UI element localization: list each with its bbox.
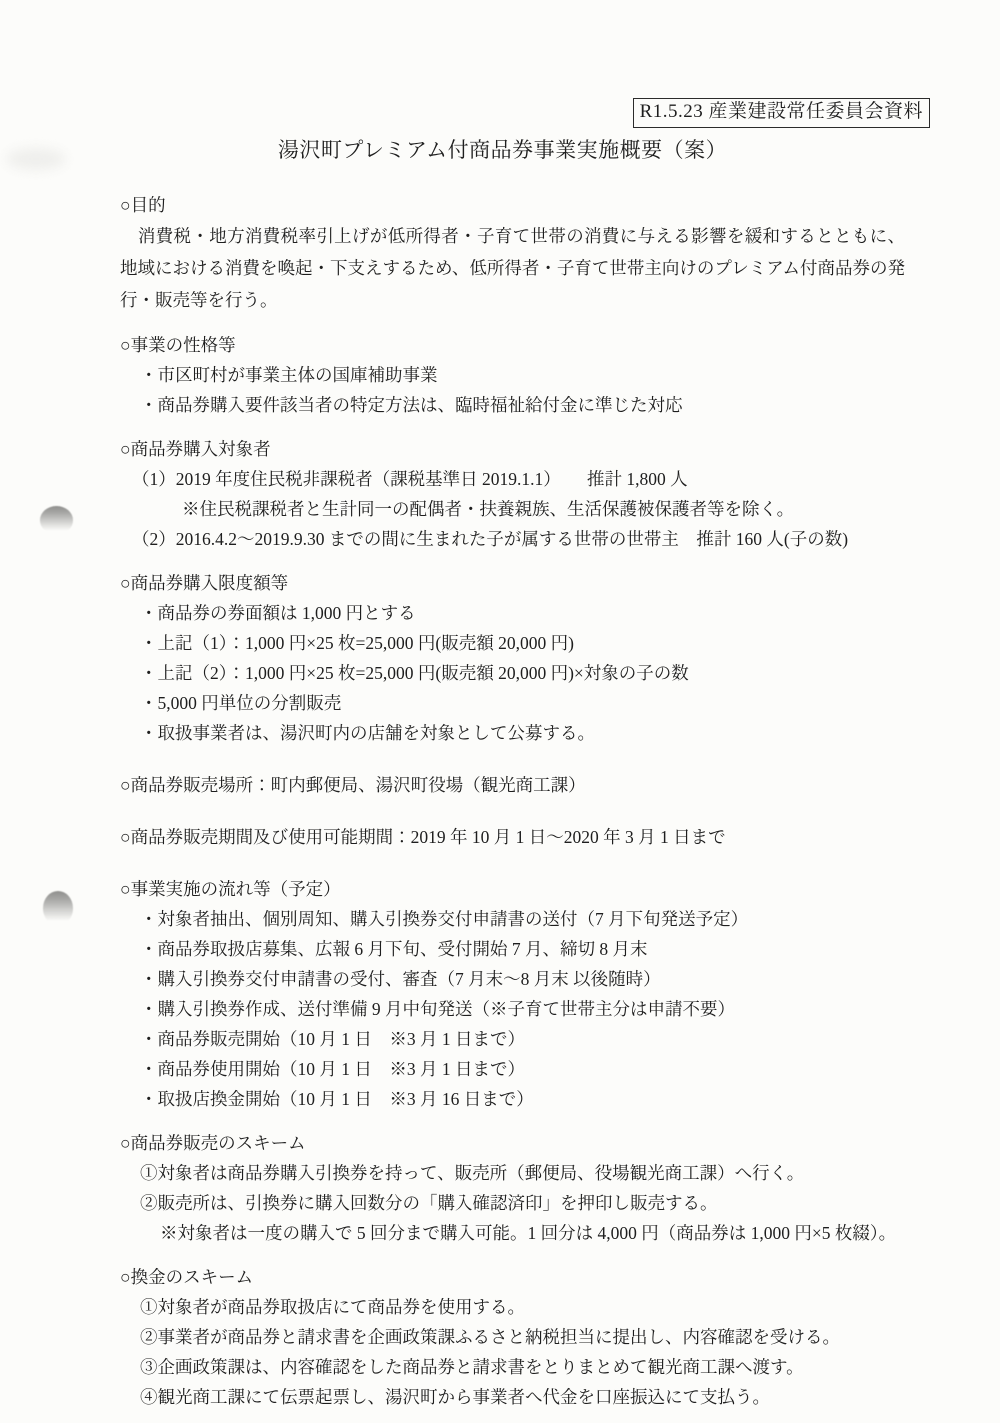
section-sales-scheme: ○商品券販売のスキーム ①対象者は商品券購入引換券を持って、販売所（郵便局、役場… bbox=[120, 1128, 905, 1248]
list-item: ・商品券取扱店募集、広報 6 月下旬、受付開始 7 月、締切 8 月末 bbox=[140, 934, 905, 964]
list-item: ②事業者が商品券と請求書を企画政策課ふるさと納税担当に提出し、内容確認を受ける。 bbox=[140, 1322, 905, 1352]
list-item: ・取扱事業者は、湯沢町内の店舗を対象として公募する。 bbox=[140, 718, 905, 748]
punch-hole-shadow-top bbox=[40, 506, 73, 534]
section-purchase-limits: ○商品券購入限度額等 ・商品券の券面額は 1,000 円とする ・上記（1）：1… bbox=[120, 568, 905, 748]
list-item: ・上記（2）：1,000 円×25 枚=25,000 円(販売額 20,000 … bbox=[140, 658, 905, 688]
section-heading: ○商品券購入対象者 bbox=[120, 434, 905, 464]
list-item: （2）2016.4.2～2019.9.30 までの間に生まれた子が属する世帯の世… bbox=[132, 524, 905, 554]
section-program-nature: ○事業の性格等 ・市区町村が事業主体の国庫補助事業 ・商品券購入要件該当者の特定… bbox=[120, 330, 905, 420]
list-item: ①対象者は商品券購入引換券を持って、販売所（郵便局、役場観光商工課）へ行く。 bbox=[140, 1158, 905, 1188]
section-purpose: ○目的 消費税・地方消費税率引上げが低所得者・子育て世帯の消費に与える影響を緩和… bbox=[120, 190, 905, 316]
section-heading: ○換金のスキーム bbox=[120, 1262, 905, 1292]
list-item: ・市区町村が事業主体の国庫補助事業 bbox=[140, 360, 905, 390]
list-item: ・5,000 円単位の分割販売 bbox=[140, 688, 905, 718]
list-item: ・商品券購入要件該当者の特定方法は、臨時福祉給付金に準じた対応 bbox=[140, 390, 905, 420]
list-item: ④観光商工課にて伝票起票し、湯沢町から事業者へ代金を口座振込にて支払う。 bbox=[140, 1382, 905, 1412]
committee-stamp-box: R1.5.23 産業建設常任委員会資料 bbox=[633, 98, 930, 128]
list-item: ①対象者が商品券取扱店にて商品券を使用する。 bbox=[140, 1292, 905, 1322]
section-heading: ○事業実施の流れ等（予定） bbox=[120, 874, 905, 904]
scanned-document-page: R1.5.23 産業建設常任委員会資料 湯沢町プレミアム付商品券事業実施概要（案… bbox=[0, 0, 1000, 1423]
section-eligible-purchasers: ○商品券購入対象者 （1）2019 年度住民税非課税者（課税基準日 2019.1… bbox=[120, 434, 905, 554]
list-item: ・上記（1）：1,000 円×25 枚=25,000 円(販売額 20,000 … bbox=[140, 628, 905, 658]
section-sales-locations: ○商品券販売場所：町内郵便局、湯沢町役場（観光商工課） bbox=[120, 770, 905, 800]
section-sales-period: ○商品券販売期間及び使用可能期間：2019 年 10 月 1 日～2020 年 … bbox=[120, 822, 905, 852]
scan-smudge bbox=[6, 148, 66, 170]
section-heading: ○商品券購入限度額等 bbox=[120, 568, 905, 598]
list-item: （1）2019 年度住民税非課税者（課税基準日 2019.1.1） 推計 1,8… bbox=[132, 464, 905, 494]
section-heading: ○商品券販売期間及び使用可能期間：2019 年 10 月 1 日～2020 年 … bbox=[120, 822, 905, 852]
list-item: ・商品券使用開始（10 月 1 日 ※3 月 1 日まで） bbox=[140, 1054, 905, 1084]
list-item: ②販売所は、引換券に購入回数分の「購入確認済印」を押印し販売する。 bbox=[140, 1188, 905, 1218]
list-item: ・商品券販売開始（10 月 1 日 ※3 月 1 日まで） bbox=[140, 1024, 905, 1054]
section-heading: ○事業の性格等 bbox=[120, 330, 905, 360]
page-title: 湯沢町プレミアム付商品券事業実施概要（案） bbox=[100, 134, 905, 166]
section-implementation-flow: ○事業実施の流れ等（予定） ・対象者抽出、個別周知、購入引換券交付申請書の送付（… bbox=[120, 874, 905, 1114]
section-heading: ○商品券販売のスキーム bbox=[120, 1128, 905, 1158]
header-stamp-row: R1.5.23 産業建設常任委員会資料 bbox=[120, 98, 930, 132]
section-heading: ○商品券販売場所：町内郵便局、湯沢町役場（観光商工課） bbox=[120, 770, 905, 800]
section-redemption-scheme: ○換金のスキーム ①対象者が商品券取扱店にて商品券を使用する。 ②事業者が商品券… bbox=[120, 1262, 905, 1412]
list-item-note: ※住民税課税者と生計同一の配偶者・扶養親族、生活保護被保護者等を除く。 bbox=[182, 494, 905, 524]
purpose-paragraph: 消費税・地方消費税率引上げが低所得者・子育て世帯の消費に与える影響を緩和するとと… bbox=[120, 220, 905, 316]
section-heading: ○目的 bbox=[120, 190, 905, 220]
list-item: ・商品券の券面額は 1,000 円とする bbox=[140, 598, 905, 628]
list-item: ③企画政策課は、内容確認をした商品券と請求書をとりまとめて観光商工課へ渡す。 bbox=[140, 1352, 905, 1382]
list-item: ・取扱店換金開始（10 月 1 日 ※3 月 16 日まで） bbox=[140, 1084, 905, 1114]
list-item: ・購入引換券作成、送付準備 9 月中旬発送（※子育て世帯主分は申請不要） bbox=[140, 994, 905, 1024]
punch-hole-shadow-bottom bbox=[43, 891, 73, 925]
list-item-note: ※対象者は一度の購入で 5 回分まで購入可能。1 回分は 4,000 円（商品券… bbox=[160, 1218, 905, 1248]
list-item: ・購入引換券交付申請書の受付、審査（7 月末～8 月末 以後随時） bbox=[140, 964, 905, 994]
list-item: ・対象者抽出、個別周知、購入引換券交付申請書の送付（7 月下旬発送予定） bbox=[140, 904, 905, 934]
